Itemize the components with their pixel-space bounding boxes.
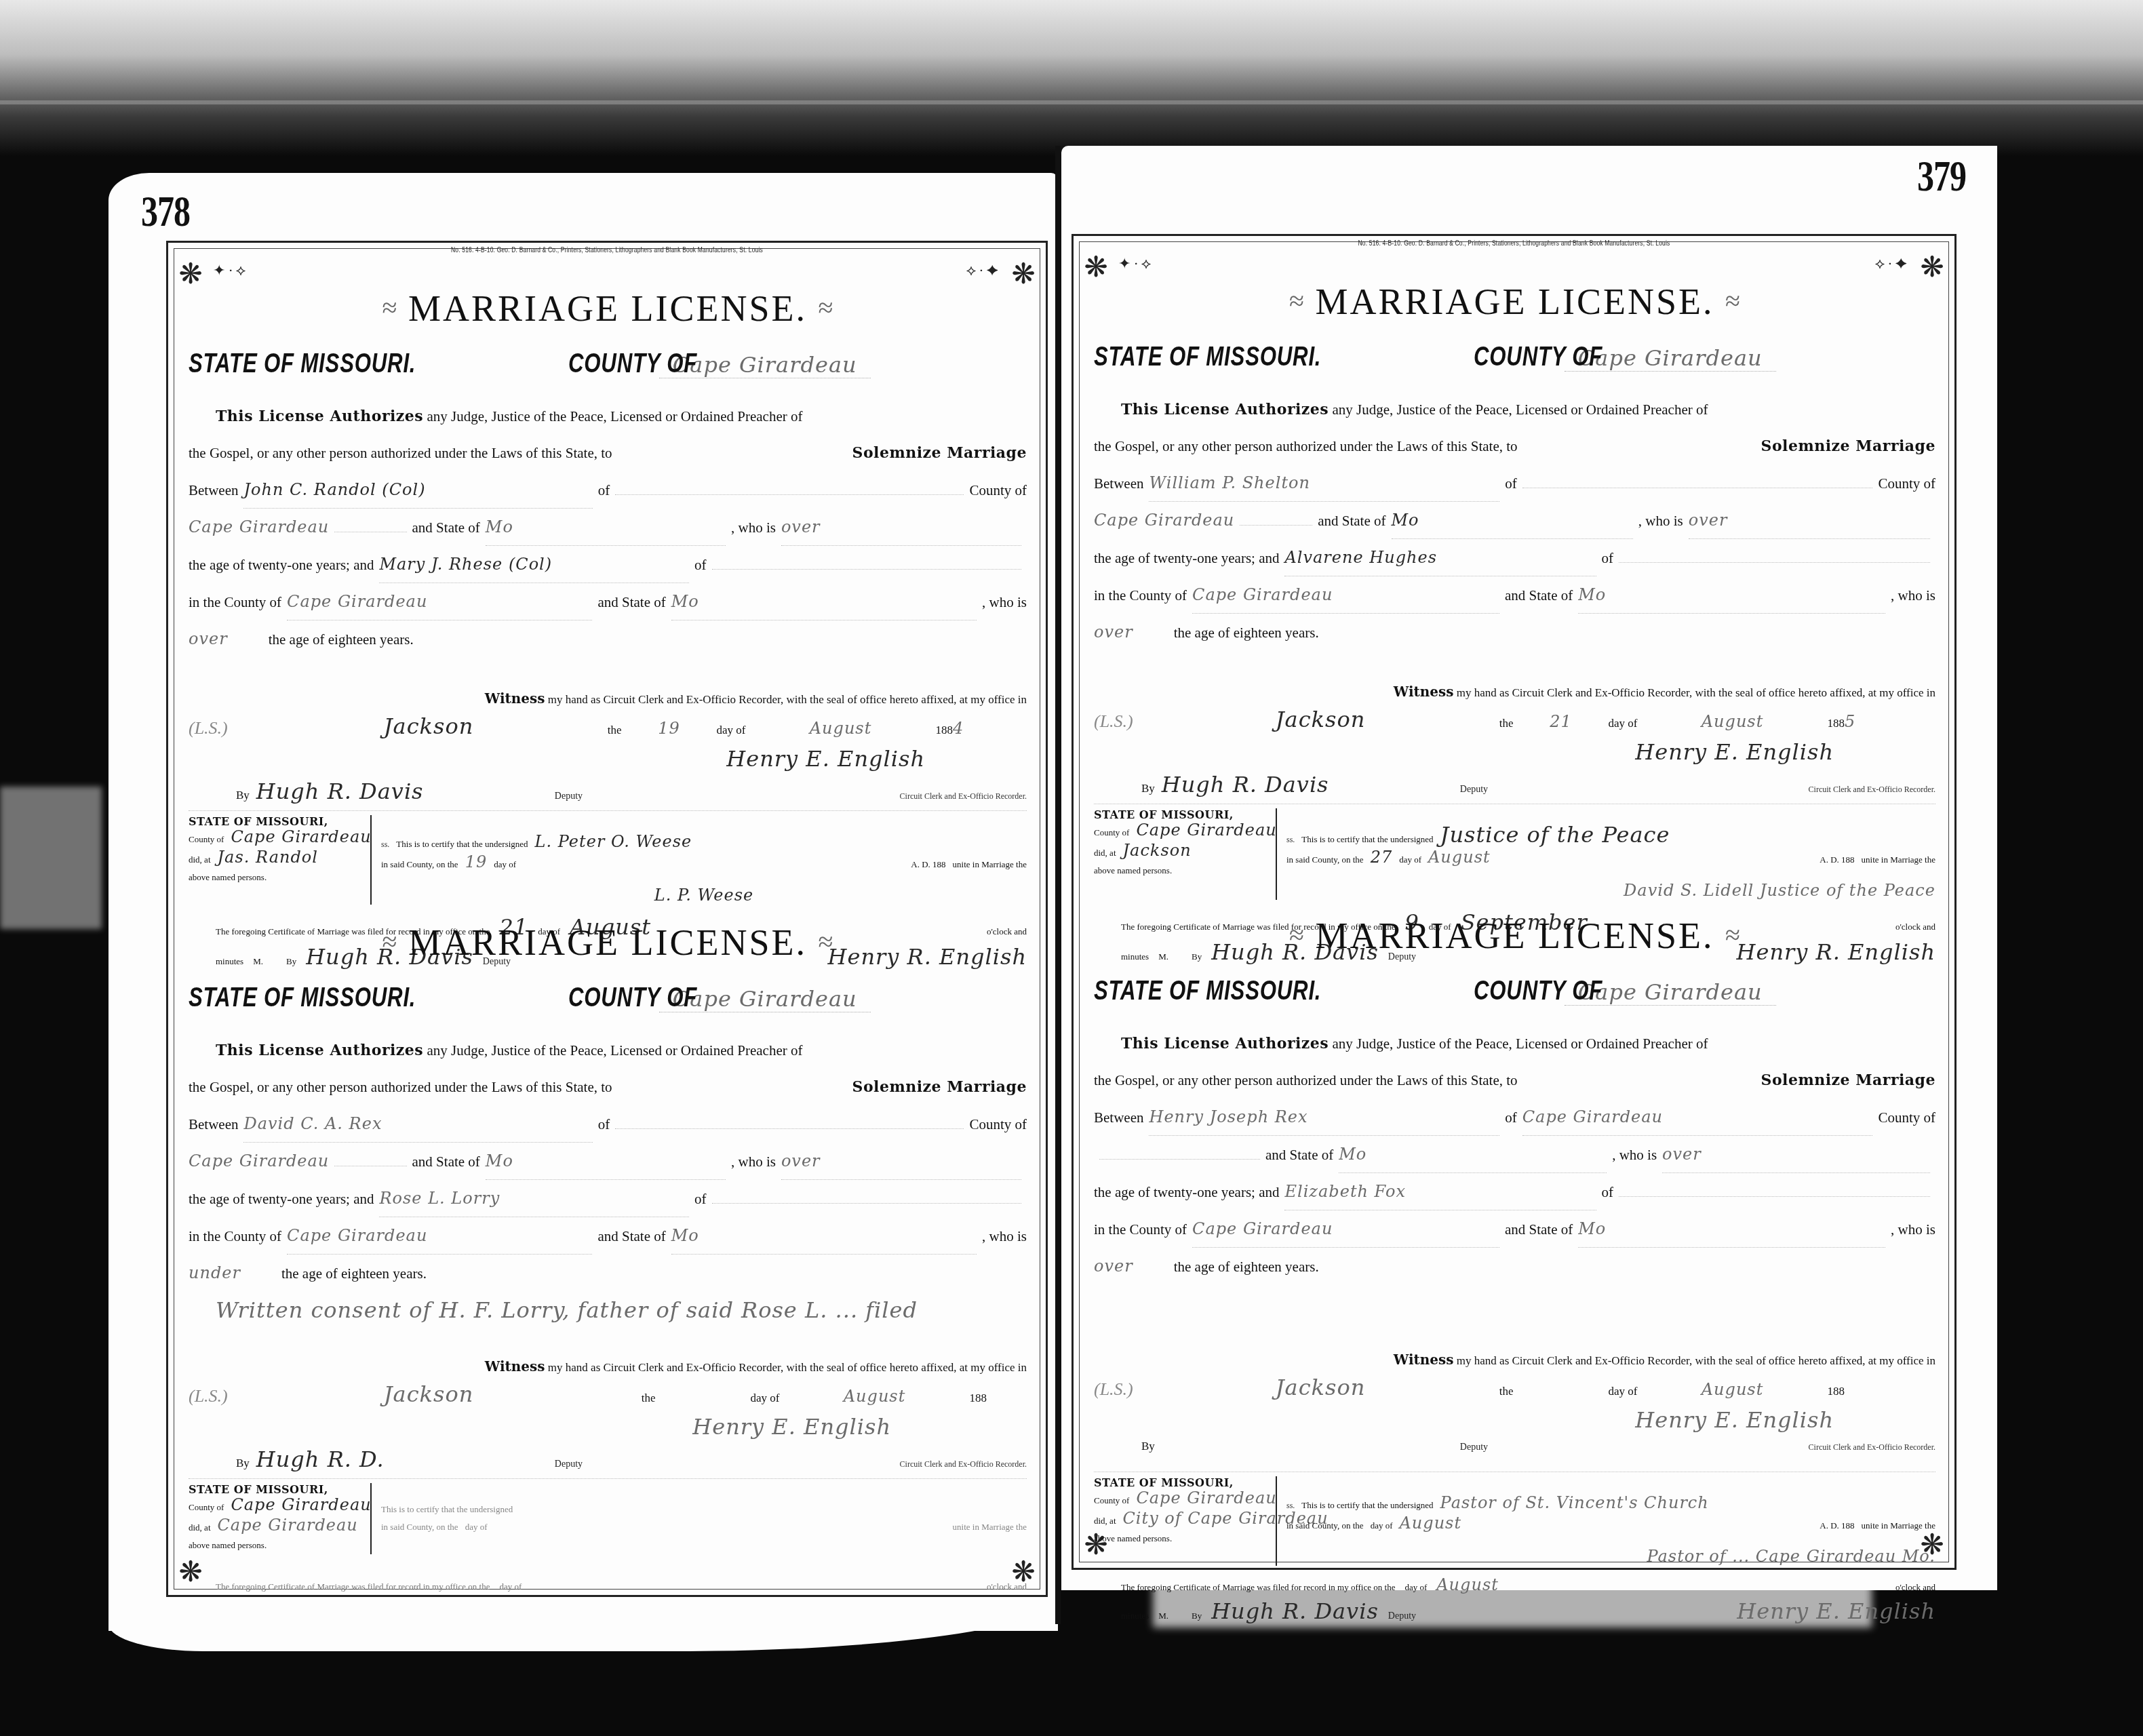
officiant-signature: David S. Lidell Justice of the Peace <box>1624 881 1935 900</box>
marriage-license: ≈ MARRIAGE LICENSE. ≈ STATE OF MISSOURI.… <box>189 277 1027 911</box>
groom-state: Mo <box>1392 502 1633 539</box>
consent-note: Written consent of H. F. Lorry, father o… <box>216 1292 918 1328</box>
bride-state: Mo <box>671 1217 977 1255</box>
witness-month: August <box>746 719 936 738</box>
license-title: ≈ MARRIAGE LICENSE. ≈ <box>189 288 1027 330</box>
bride-age: over <box>1094 1248 1133 1284</box>
ceremony-place: Cape Girardeau <box>218 1516 358 1534</box>
cert-county: Cape Girardeau <box>231 1496 371 1514</box>
license-body: This License Authorizes any Judge, Justi… <box>189 398 1027 658</box>
seal-mark: (L.S.) <box>1094 1379 1133 1400</box>
groom-name: William P. Shelton <box>1149 465 1499 502</box>
witness-section: Witness my hand as Circuit Clerk and Ex-… <box>1094 1352 1935 1453</box>
filed-deputy: Hugh R. Davis <box>1211 1598 1379 1624</box>
state-label: STATE OF MISSOURI. <box>1094 976 1390 1006</box>
certificate-section: STATE OF MISSOURI, County ofCape Girarde… <box>189 1474 1027 1617</box>
groom-age: over <box>781 509 1021 546</box>
clerk-signature: Henry E. English <box>692 1414 891 1440</box>
certificate-section: STATE OF MISSOURI, County ofCape Girarde… <box>1094 1467 1935 1624</box>
county-label: COUNTY OF <box>568 349 697 379</box>
deputy-signature: Hugh R. Davis <box>1162 772 1460 797</box>
bride-age: over <box>1094 614 1133 650</box>
cert-county: Cape Girardeau <box>1136 1489 1276 1507</box>
state-label: STATE OF MISSOURI. <box>189 983 485 1013</box>
officiant: L. Peter O. Weese <box>535 833 692 850</box>
left-page: 378 No. 516. 4-B-10. Geo. D. Barnard & C… <box>109 173 1058 1631</box>
bride-age: over <box>189 620 228 657</box>
bride-state: Mo <box>671 583 977 620</box>
license-body: This License Authorizes any Judge, Justi… <box>189 1032 1027 1328</box>
bride-state: Mo <box>1578 1210 1885 1248</box>
filed-clerk: Henry E. English <box>1737 1598 1935 1624</box>
page-number-left: 378 <box>141 187 190 237</box>
county-label: COUNTY OF <box>1474 976 1603 1006</box>
bride-name: Alvarene Hughes <box>1284 539 1596 576</box>
deputy-signature: Hugh R. Davis <box>256 778 555 804</box>
clerk-signature: Henry E. English <box>726 746 925 772</box>
ceremony-place: Jas. Randol <box>218 848 318 866</box>
cert-county: Cape Girardeau <box>1136 821 1276 839</box>
officiant-signature: Pastor of ... Cape Girardeau Mo. <box>1647 1547 1935 1566</box>
bride-name: Rose L. Lorry <box>379 1180 689 1217</box>
groom-county: Cape Girardeau <box>189 1143 329 1179</box>
filed-month: August <box>1436 1575 1499 1594</box>
bride-name: Elizabeth Fox <box>1284 1173 1596 1210</box>
license-title: ≈ MARRIAGE LICENSE. ≈ <box>189 922 1027 964</box>
swash-ornament-icon: ≈ <box>1289 920 1304 950</box>
witness-place: Jackson <box>1276 1375 1499 1400</box>
scan-artifact-glow <box>0 787 102 929</box>
ceremony-month: August <box>1428 848 1491 866</box>
witness-month: August <box>780 1387 970 1406</box>
cert-county: Cape Girardeau <box>231 828 371 846</box>
clerk-signature: Henry E. English <box>1635 1407 1834 1433</box>
witness-section: Witness my hand as Circuit Clerk and Ex-… <box>1094 684 1935 797</box>
deputy-signature: Hugh R. D. <box>256 1446 555 1472</box>
state-label: STATE OF MISSOURI. <box>189 349 485 379</box>
ceremony-month: August <box>1399 1514 1461 1532</box>
scan-artifact-stripe <box>0 100 2143 104</box>
seal-mark: (L.S.) <box>189 718 228 738</box>
bride-county: Cape Girardeau <box>287 1217 592 1255</box>
swash-ornament-icon: ≈ <box>819 292 833 323</box>
seal-mark: (L.S.) <box>189 1386 228 1406</box>
swash-ornament-icon: ≈ <box>382 926 397 957</box>
right-page: 379 No. 516. 4-B-10. Geo. D. Barnard & C… <box>1061 146 1997 1590</box>
county-label: COUNTY OF <box>1474 342 1603 372</box>
bride-county: Cape Girardeau <box>1192 1210 1499 1248</box>
witness-section: Witness my hand as Circuit Clerk and Ex-… <box>189 690 1027 804</box>
license-title: ≈ MARRIAGE LICENSE. ≈ <box>1094 915 1935 957</box>
marriage-license: ≈ MARRIAGE LICENSE. ≈ STATE OF MISSOURI.… <box>1094 904 1935 1572</box>
groom-name: John C. Randol (Col) <box>243 471 592 509</box>
marriage-license: ≈ MARRIAGE LICENSE. ≈ STATE OF MISSOURI.… <box>189 911 1027 1579</box>
clerk-signature: Henry E. English <box>1635 739 1834 765</box>
groom-state: Mo <box>1339 1136 1607 1173</box>
page-number-right: 379 <box>1917 152 1966 201</box>
license-title: ≈ MARRIAGE LICENSE. ≈ <box>1094 281 1935 323</box>
bride-county: Cape Girardeau <box>287 583 592 620</box>
witness-place: Jackson <box>384 1381 642 1407</box>
form-sheet-right: No. 516. 4-B-10. Geo. D. Barnard & Co., … <box>1071 234 1957 1570</box>
license-body: This License Authorizes any Judge, Justi… <box>1094 1025 1935 1285</box>
groom-county: Cape Girardeau <box>189 509 329 545</box>
marriage-license: ≈ MARRIAGE LICENSE. ≈ STATE OF MISSOURI.… <box>1094 270 1935 904</box>
groom-county: Cape Girardeau <box>1094 502 1234 538</box>
state-label: STATE OF MISSOURI. <box>1094 342 1390 372</box>
swash-ornament-icon: ≈ <box>1725 285 1740 316</box>
seal-mark: (L.S.) <box>1094 711 1133 732</box>
witness-day: 19 <box>622 719 717 738</box>
bride-age: under <box>189 1255 241 1291</box>
swash-ornament-icon: ≈ <box>819 926 833 957</box>
groom-name: Henry Joseph Rex <box>1149 1099 1499 1136</box>
bride-state: Mo <box>1578 576 1885 614</box>
license-body: This License Authorizes any Judge, Justi… <box>1094 391 1935 651</box>
ceremony-day: 19 <box>465 853 488 871</box>
bride-county: Cape Girardeau <box>1192 576 1499 614</box>
groom-state: Mo <box>486 509 726 546</box>
officiant-signature: L. P. Weese <box>654 886 753 905</box>
ceremony-place: Jackson <box>1123 842 1192 859</box>
groom-state: Mo <box>486 1143 726 1180</box>
groom-age: over <box>1662 1136 1930 1173</box>
groom-age: over <box>781 1143 1021 1180</box>
swash-ornament-icon: ≈ <box>382 292 397 323</box>
witness-month: August <box>1638 1380 1828 1399</box>
witness-month: August <box>1638 712 1828 731</box>
officiant: Justice of the Peace <box>1440 826 1670 844</box>
book-gutter <box>1055 146 1061 1624</box>
officiant: Pastor of St. Vincent's Church <box>1440 1494 1709 1512</box>
groom-age: over <box>1689 502 1930 539</box>
swash-ornament-icon: ≈ <box>1289 285 1304 316</box>
witness-place: Jackson <box>1276 707 1499 732</box>
printer-imprint: No. 516. 4-B-10. Geo. D. Barnard & Co., … <box>234 247 980 254</box>
groom-name: David C. A. Rex <box>243 1105 592 1143</box>
scan-background-top <box>0 0 2143 156</box>
ceremony-day: 27 <box>1371 848 1393 866</box>
witness-day: 21 <box>1514 712 1609 731</box>
form-sheet-left: No. 516. 4-B-10. Geo. D. Barnard & Co., … <box>166 241 1048 1597</box>
bride-name: Mary J. Rhese (Col) <box>379 546 689 583</box>
groom-county: Cape Girardeau <box>1522 1099 1873 1136</box>
printer-imprint: No. 516. 4-B-10. Geo. D. Barnard & Co., … <box>1139 240 1888 248</box>
witness-place: Jackson <box>384 713 608 739</box>
swash-ornament-icon: ≈ <box>1725 920 1740 950</box>
county-label: COUNTY OF <box>568 983 697 1013</box>
witness-section: Witness my hand as Circuit Clerk and Ex-… <box>189 1358 1027 1472</box>
